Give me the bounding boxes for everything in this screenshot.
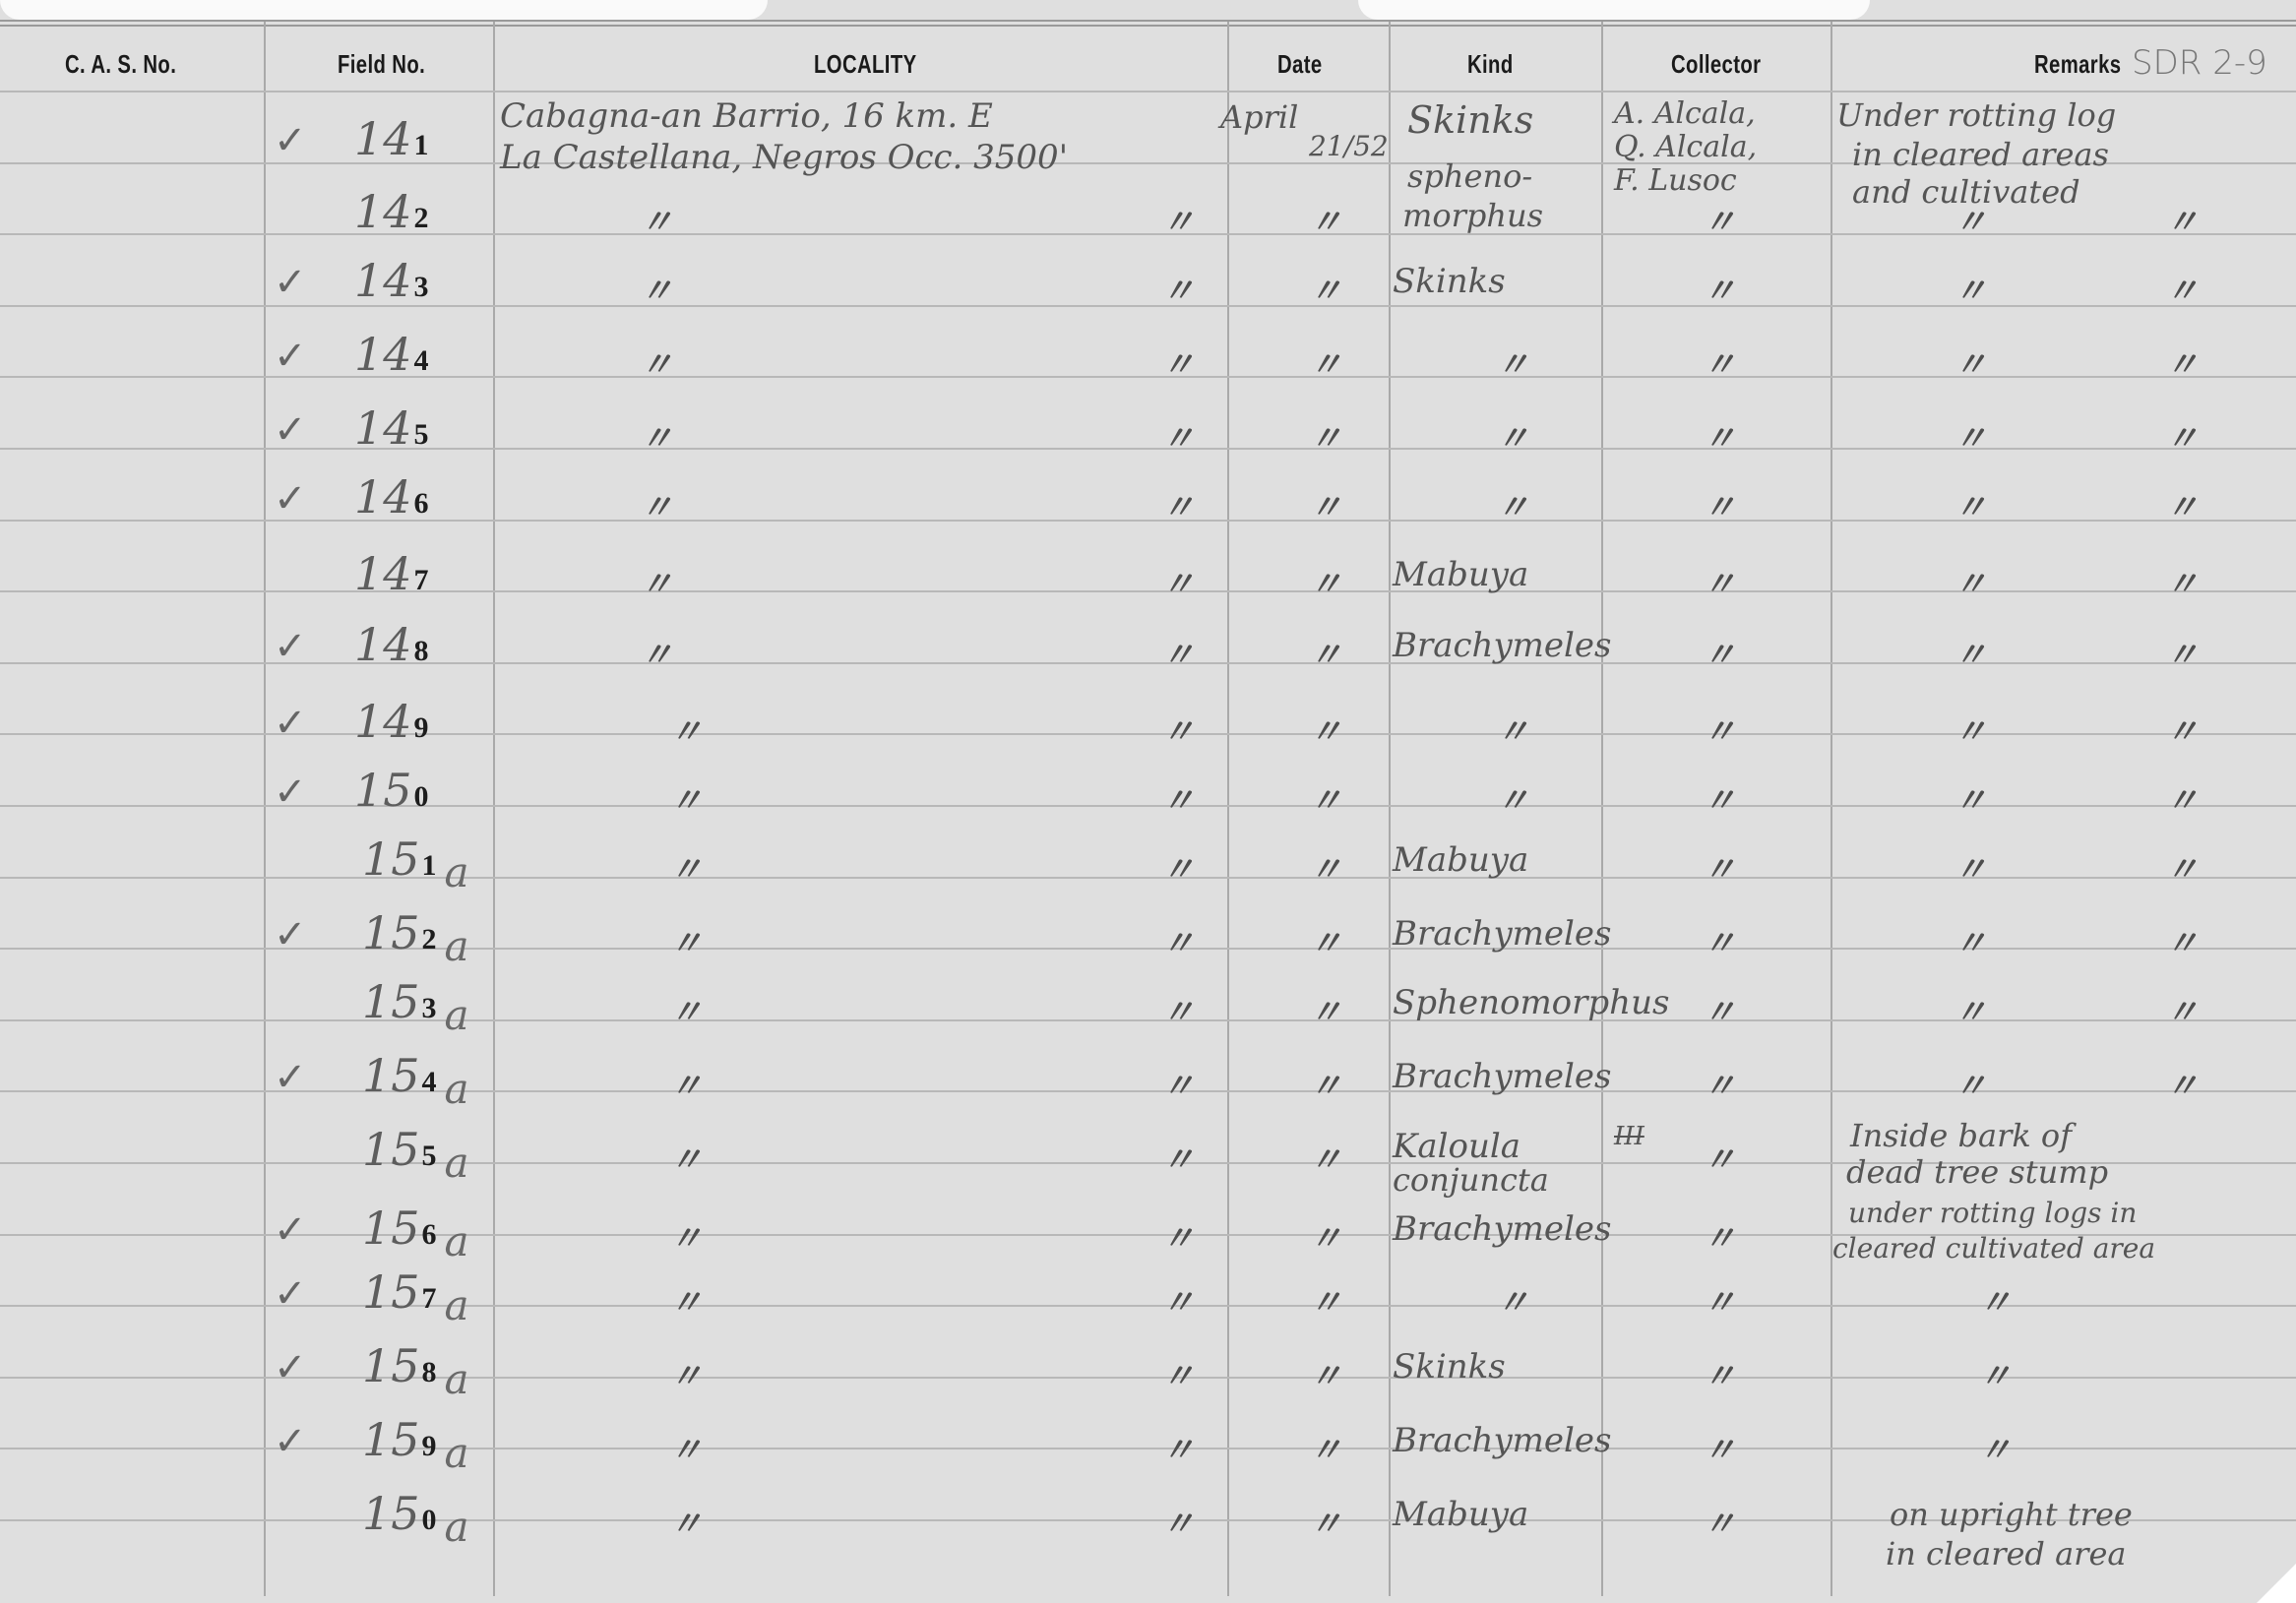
date-line-2: 21/52 <box>1309 130 1389 162</box>
date-ditto: 〃 <box>1309 705 1342 753</box>
row-rule <box>0 877 2296 879</box>
collector-ditto: 〃 <box>1703 705 1736 753</box>
field-number: 156a <box>362 1202 469 1255</box>
locality-ditto: 〃 <box>640 264 673 312</box>
remarks-ditto: 〃 <box>1954 1059 1987 1107</box>
field-number-prefix: 15 <box>354 764 412 817</box>
locality-ditto: 〃 <box>669 1423 703 1471</box>
field-number-digit: 3 <box>422 992 437 1024</box>
locality-ditto: 〃 <box>669 1349 703 1397</box>
check-mark-icon: ✓ <box>274 770 307 815</box>
remarks-156-2: cleared cultivated area <box>1832 1232 2155 1264</box>
field-number: 146 <box>354 470 429 524</box>
field-number: 158a <box>362 1339 469 1392</box>
date-ditto: 〃 <box>1309 480 1342 528</box>
field-number-digit: 7 <box>414 564 429 596</box>
date-ditto: 〃 <box>1309 1059 1342 1107</box>
collector-ditto: 〃 <box>1703 842 1736 891</box>
check-mark-icon: ✓ <box>274 260 307 305</box>
row-rule <box>0 520 2296 522</box>
field-number: 153a <box>362 975 469 1028</box>
field-number-prefix: 15 <box>362 832 420 886</box>
top-rule <box>0 20 2296 22</box>
remarks-ditto: 〃 <box>1954 842 1987 891</box>
field-number-digit: 2 <box>422 923 437 956</box>
field-number-suffix: a <box>445 1217 469 1265</box>
field-number: 151a <box>362 832 469 886</box>
locality-ditto-end: 〃 <box>1161 1211 1195 1260</box>
top-rule <box>0 25 2296 27</box>
date-ditto: 〃 <box>1309 1423 1342 1471</box>
date-ditto: 〃 <box>1309 1133 1342 1181</box>
locality-ditto: 〃 <box>669 1133 703 1181</box>
field-number-prefix: 15 <box>362 1123 420 1176</box>
date-ditto: 〃 <box>1309 264 1342 312</box>
collector-ditto: 〃 <box>1703 1497 1736 1545</box>
locality-ditto: 〃 <box>640 411 673 460</box>
locality-ditto: 〃 <box>640 628 673 676</box>
column-divider <box>1227 22 1229 1596</box>
locality-ditto-end: 〃 <box>1161 264 1195 312</box>
field-number-digit: 0 <box>422 1504 437 1536</box>
kind-text: Brachymeles <box>1393 1057 1611 1096</box>
field-number-prefix: 14 <box>354 112 412 165</box>
kind-text: Mabuya <box>1393 840 1528 880</box>
remarks-ditto: 〃 <box>2165 705 2199 753</box>
field-number-prefix: 15 <box>362 1413 420 1466</box>
kind-text: Sphenomorphus <box>1393 983 1669 1022</box>
locality-ditto-end: 〃 <box>1161 705 1195 753</box>
column-divider <box>493 22 495 1596</box>
field-number-prefix: 14 <box>354 547 412 600</box>
header-kind: Kind <box>1467 49 1514 80</box>
remarks-ditto: 〃 <box>1954 411 1987 460</box>
collector-ditto: 〃 <box>1703 1349 1736 1397</box>
date-ditto: 〃 <box>1309 1275 1342 1324</box>
header-field-no: Field No. <box>338 49 425 80</box>
header-collector: Collector <box>1671 49 1761 80</box>
row-rule <box>0 733 2296 735</box>
remarks-ditto: 〃 <box>2165 195 2199 243</box>
date-ditto: 〃 <box>1309 1349 1342 1397</box>
field-number-suffix: a <box>445 991 469 1039</box>
locality-ditto-end: 〃 <box>1161 557 1195 605</box>
check-mark-icon: ✓ <box>274 1207 307 1253</box>
field-number-prefix: 14 <box>354 328 412 381</box>
field-number-suffix: a <box>445 1281 469 1329</box>
locality-ditto-end: 〃 <box>1161 1059 1195 1107</box>
check-mark-icon: ✓ <box>274 1055 307 1100</box>
kind-text: Brachymeles <box>1393 1209 1611 1249</box>
row-rule <box>0 448 2296 450</box>
collector-ditto: 〃 <box>1703 1211 1736 1260</box>
collector-ditto: 〃 <box>1703 338 1736 386</box>
remarks-160-2: in cleared area <box>1886 1535 2126 1572</box>
field-number-suffix: a <box>445 922 469 970</box>
column-divider <box>264 22 266 1596</box>
row-rule <box>0 1377 2296 1379</box>
remarks-ditto: 〃 <box>2165 916 2199 964</box>
page-corner <box>2257 1564 2296 1603</box>
collector-ditto: 〃 <box>1703 1133 1736 1181</box>
locality-ditto-end: 〃 <box>1161 628 1195 676</box>
remarks-ditto: 〃 <box>1978 1275 2012 1324</box>
remarks-155-2: dead tree stump <box>1846 1153 2108 1191</box>
collector-ditto: 〃 <box>1703 916 1736 964</box>
kind-text: Brachymeles <box>1393 1421 1611 1460</box>
field-number-digit: 3 <box>414 271 429 303</box>
row-rule <box>0 948 2296 950</box>
remarks-ditto: 〃 <box>1954 916 1987 964</box>
row-rule <box>0 1019 2296 1021</box>
kind-text: Skinks <box>1393 262 1506 301</box>
field-number-digit: 8 <box>414 635 429 667</box>
remarks-ditto: 〃 <box>1954 557 1987 605</box>
row-rule <box>0 590 2296 592</box>
locality-ditto: 〃 <box>640 480 673 528</box>
date-ditto: 〃 <box>1309 195 1342 243</box>
kind-text: Brachymeles <box>1393 626 1611 665</box>
check-mark-icon: ✓ <box>274 1271 307 1317</box>
remarks-ditto: 〃 <box>1954 338 1987 386</box>
kaloula-mark: III <box>1614 1122 1644 1151</box>
collector-ditto: 〃 <box>1703 1275 1736 1324</box>
locality-ditto: 〃 <box>669 1059 703 1107</box>
date-ditto: 〃 <box>1309 411 1342 460</box>
locality-ditto: 〃 <box>669 985 703 1033</box>
field-number-prefix: 14 <box>354 470 412 524</box>
kind-kaloula-1: Kaloula <box>1393 1127 1520 1166</box>
kind-text: Skinks <box>1393 1347 1506 1387</box>
date-ditto: 〃 <box>1309 842 1342 891</box>
torn-edge <box>0 0 768 20</box>
locality-ditto-end: 〃 <box>1161 1275 1195 1324</box>
kind-ditto: 〃 <box>1496 338 1529 386</box>
check-mark-icon: ✓ <box>274 334 307 379</box>
remarks-ditto: 〃 <box>2165 480 2199 528</box>
kind-spheno-1: spheno- <box>1407 157 1532 195</box>
collector-ditto: 〃 <box>1703 195 1736 243</box>
locality-ditto: 〃 <box>669 1497 703 1545</box>
locality-ditto: 〃 <box>669 916 703 964</box>
kind-text: Mabuya <box>1393 1495 1528 1534</box>
collector-ditto: 〃 <box>1703 773 1736 822</box>
field-number: 141 <box>354 112 429 165</box>
locality-ditto-end: 〃 <box>1161 338 1195 386</box>
row-rule <box>0 305 2296 307</box>
locality-ditto: 〃 <box>669 705 703 753</box>
field-number-prefix: 14 <box>354 254 412 307</box>
remarks-ditto: 〃 <box>2165 264 2199 312</box>
field-number-prefix: 15 <box>362 1049 420 1102</box>
remarks-ditto: 〃 <box>2165 338 2199 386</box>
remarks-line-1: Under rotting log <box>1836 96 2116 134</box>
row-rule <box>0 233 2296 235</box>
kind-line-1: Skinks <box>1407 98 1533 142</box>
row-rule <box>0 662 2296 664</box>
date-ditto: 〃 <box>1309 628 1342 676</box>
torn-edge <box>1358 0 1870 20</box>
collector-ditto: 〃 <box>1703 264 1736 312</box>
remarks-ditto: 〃 <box>2165 411 2199 460</box>
field-number: 159a <box>362 1413 469 1466</box>
collector-line-1: A. Alcala, <box>1614 96 1756 131</box>
locality-ditto-end: 〃 <box>1161 773 1195 822</box>
locality-ditto-end: 〃 <box>1161 195 1195 243</box>
check-mark-icon: ✓ <box>274 118 307 163</box>
reference-mark: SDR 2-9 <box>2132 43 2267 83</box>
date-ditto: 〃 <box>1309 916 1342 964</box>
date-line-1: April <box>1220 98 1298 136</box>
field-number: 147 <box>354 547 429 600</box>
field-number: 142 <box>354 185 429 238</box>
collector-ditto: 〃 <box>1703 411 1736 460</box>
field-number-digit: 2 <box>414 202 429 234</box>
field-number-digit: 9 <box>414 711 429 744</box>
remarks-ditto: 〃 <box>1978 1423 2012 1471</box>
remarks-ditto: 〃 <box>2165 1059 2199 1107</box>
column-divider <box>1831 22 1832 1596</box>
locality-ditto: 〃 <box>640 557 673 605</box>
header-remarks: Remarks <box>2034 49 2121 80</box>
header-locality: LOCALITY <box>814 49 917 80</box>
locality-ditto-end: 〃 <box>1161 842 1195 891</box>
row-rule <box>0 805 2296 807</box>
field-number: 155a <box>362 1123 469 1176</box>
field-number-prefix: 15 <box>362 1339 420 1392</box>
field-number-digit: 5 <box>414 418 429 451</box>
field-number-digit: 1 <box>422 849 437 882</box>
remarks-ditto: 〃 <box>1954 985 1987 1033</box>
check-mark-icon: ✓ <box>274 1345 307 1390</box>
field-number-digit: 5 <box>422 1140 437 1172</box>
row-rule <box>0 376 2296 378</box>
field-number-digit: 6 <box>414 487 429 520</box>
remarks-ditto: 〃 <box>1954 195 1987 243</box>
row-rule <box>0 1305 2296 1307</box>
locality-ditto: 〃 <box>669 1275 703 1324</box>
field-number: 148 <box>354 618 429 671</box>
row-rule <box>0 1448 2296 1449</box>
locality-ditto-end: 〃 <box>1161 1423 1195 1471</box>
date-ditto: 〃 <box>1309 1497 1342 1545</box>
field-number: 157a <box>362 1265 469 1319</box>
locality-ditto-end: 〃 <box>1161 1133 1195 1181</box>
locality-ditto: 〃 <box>640 338 673 386</box>
remarks-ditto: 〃 <box>2165 628 2199 676</box>
field-number-prefix: 15 <box>362 975 420 1028</box>
collector-line-3: F. Lusoc <box>1614 163 1737 198</box>
locality-ditto: 〃 <box>669 1211 703 1260</box>
field-number-prefix: 15 <box>362 1487 420 1540</box>
locality-ditto: 〃 <box>669 842 703 891</box>
locality-line-2: La Castellana, Negros Occ. 3500' <box>500 138 1068 177</box>
check-mark-icon: ✓ <box>274 1419 307 1464</box>
kind-text: Brachymeles <box>1393 914 1611 954</box>
collector-ditto: 〃 <box>1703 1423 1736 1471</box>
remarks-ditto: 〃 <box>1954 264 1987 312</box>
locality-ditto-end: 〃 <box>1161 411 1195 460</box>
field-number-prefix: 14 <box>354 185 412 238</box>
row-rule <box>0 91 2296 92</box>
kind-spheno-2: morphus <box>1402 197 1543 234</box>
kind-text: Mabuya <box>1393 555 1528 594</box>
remarks-156-1: under rotting logs in <box>1848 1197 2137 1229</box>
collector-ditto: 〃 <box>1703 557 1736 605</box>
field-number: 150 <box>354 764 429 817</box>
field-number-prefix: 14 <box>354 618 412 671</box>
check-mark-icon: ✓ <box>274 476 307 522</box>
remarks-155-1: Inside bark of <box>1850 1117 2072 1154</box>
kind-ditto: 〃 <box>1496 773 1529 822</box>
field-number: 149 <box>354 695 429 748</box>
remarks-160-1: on upright tree <box>1890 1496 2133 1533</box>
remarks-ditto: 〃 <box>1954 628 1987 676</box>
header-date: Date <box>1277 49 1323 80</box>
remarks-ditto: 〃 <box>2165 985 2199 1033</box>
field-number-suffix: a <box>445 1065 469 1113</box>
date-ditto: 〃 <box>1309 338 1342 386</box>
field-number-suffix: a <box>445 848 469 896</box>
date-ditto: 〃 <box>1309 557 1342 605</box>
field-number-digit: 9 <box>422 1430 437 1462</box>
collector-ditto: 〃 <box>1703 628 1736 676</box>
column-divider <box>1601 22 1603 1596</box>
field-number-digit: 4 <box>414 344 429 377</box>
column-divider <box>1389 22 1391 1596</box>
locality-line-1: Cabagna-an Barrio, 16 km. E <box>500 96 993 136</box>
field-number-prefix: 15 <box>362 1202 420 1255</box>
locality-ditto-end: 〃 <box>1161 985 1195 1033</box>
kind-ditto: 〃 <box>1496 411 1529 460</box>
field-number-prefix: 15 <box>362 1265 420 1319</box>
field-number: 145 <box>354 401 429 455</box>
locality-ditto: 〃 <box>640 195 673 243</box>
field-number: 144 <box>354 328 429 381</box>
field-number: 154a <box>362 1049 469 1102</box>
collector-ditto: 〃 <box>1703 1059 1736 1107</box>
date-ditto: 〃 <box>1309 985 1342 1033</box>
locality-ditto-end: 〃 <box>1161 480 1195 528</box>
field-number: 150a <box>362 1487 469 1540</box>
kind-kaloula-2: conjuncta <box>1393 1161 1549 1199</box>
field-number-suffix: a <box>445 1429 469 1477</box>
remarks-ditto: 〃 <box>1954 705 1987 753</box>
field-number-suffix: a <box>445 1355 469 1403</box>
locality-ditto-end: 〃 <box>1161 1497 1195 1545</box>
remarks-ditto: 〃 <box>1954 773 1987 822</box>
kind-ditto: 〃 <box>1496 705 1529 753</box>
field-number-suffix: a <box>445 1503 469 1551</box>
field-number: 143 <box>354 254 429 307</box>
remarks-ditto: 〃 <box>2165 557 2199 605</box>
header-cas-no: C. A. S. No. <box>65 49 176 80</box>
locality-ditto-end: 〃 <box>1161 1349 1195 1397</box>
ledger-sheet: C. A. S. No. Field No. LOCALITY Date Kin… <box>0 0 2296 1603</box>
kind-ditto: 〃 <box>1496 1275 1529 1324</box>
field-number-prefix: 14 <box>354 695 412 748</box>
locality-ditto-end: 〃 <box>1161 916 1195 964</box>
field-number-prefix: 14 <box>354 401 412 455</box>
date-ditto: 〃 <box>1309 1211 1342 1260</box>
field-number-prefix: 15 <box>362 906 420 959</box>
field-number: 152a <box>362 906 469 959</box>
check-mark-icon: ✓ <box>274 912 307 957</box>
locality-ditto: 〃 <box>669 773 703 822</box>
collector-ditto: 〃 <box>1703 985 1736 1033</box>
remarks-line-2: in cleared areas <box>1852 136 2109 173</box>
date-ditto: 〃 <box>1309 773 1342 822</box>
field-number-suffix: a <box>445 1139 469 1187</box>
check-mark-icon: ✓ <box>274 407 307 453</box>
kind-ditto: 〃 <box>1496 480 1529 528</box>
field-number-digit: 4 <box>422 1066 437 1098</box>
field-number-digit: 1 <box>414 129 429 161</box>
remarks-ditto: 〃 <box>2165 773 2199 822</box>
field-number-digit: 7 <box>422 1282 437 1315</box>
field-number-digit: 6 <box>422 1218 437 1251</box>
remarks-ditto: 〃 <box>1954 480 1987 528</box>
collector-ditto: 〃 <box>1703 480 1736 528</box>
remarks-ditto: 〃 <box>1978 1349 2012 1397</box>
remarks-ditto: 〃 <box>2165 842 2199 891</box>
field-number-digit: 8 <box>422 1356 437 1388</box>
check-mark-icon: ✓ <box>274 701 307 746</box>
collector-line-2: Q. Alcala, <box>1614 130 1757 164</box>
check-mark-icon: ✓ <box>274 624 307 669</box>
row-rule <box>0 1090 2296 1092</box>
field-number-digit: 0 <box>414 780 429 813</box>
